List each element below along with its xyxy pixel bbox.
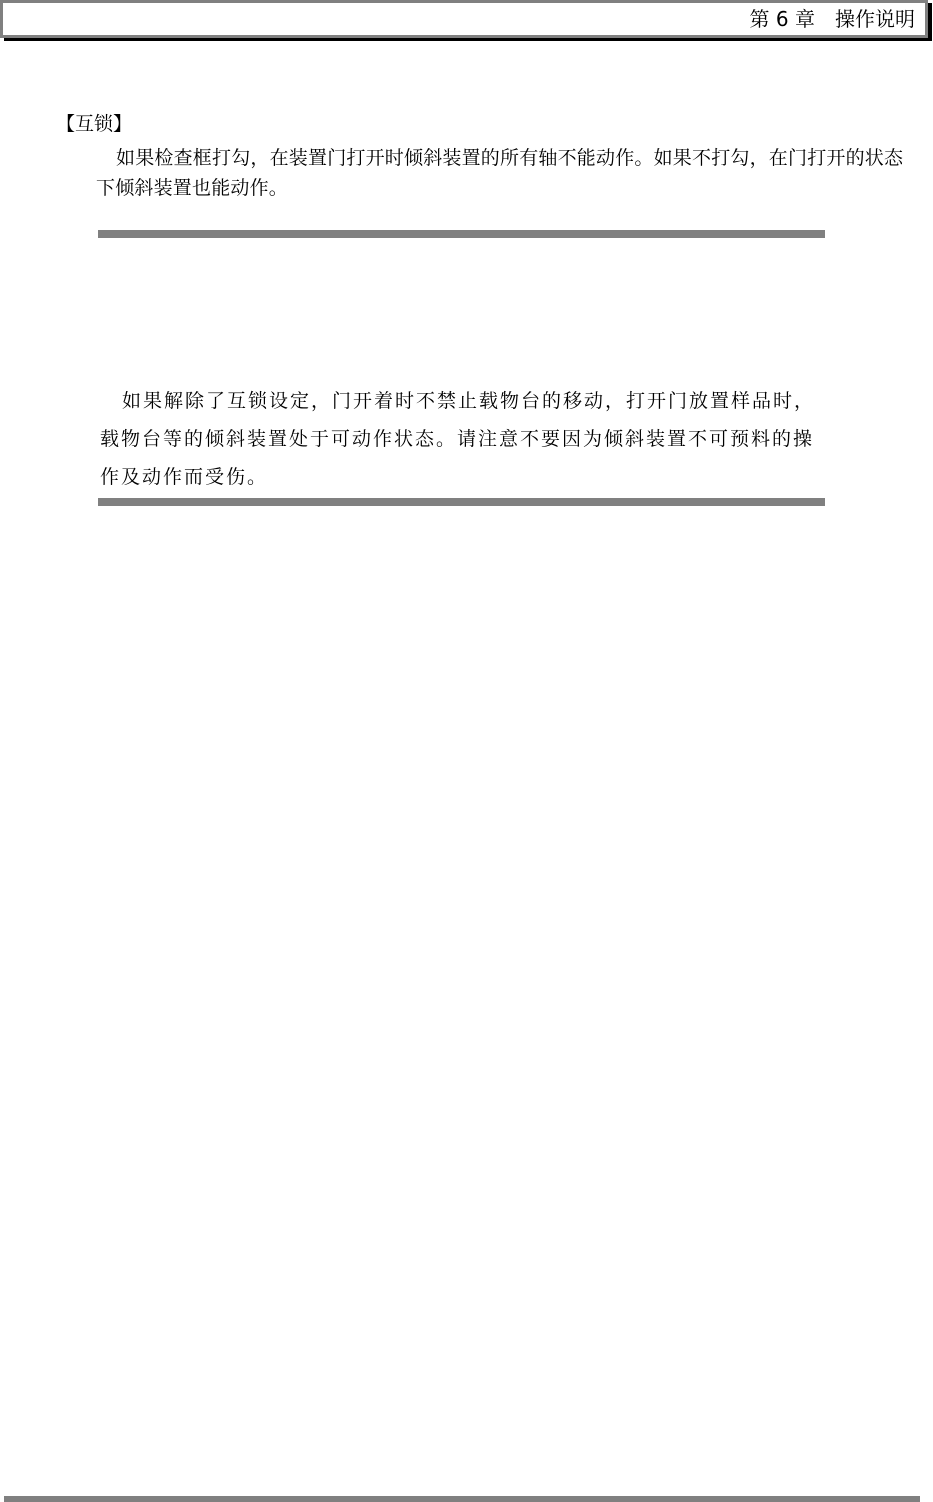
chapter-header: 第 6 章 操作说明 [0, 0, 928, 38]
warning-figure-area [98, 246, 825, 376]
interlock-description: 如果检查框打勾，在装置门打开时倾斜装置的所有轴不能动作。如果不打勾，在门打开的状… [96, 143, 918, 203]
section-heading-interlock: 【互锁】 [56, 112, 132, 136]
chapter-title: 第 6 章 操作说明 [750, 7, 915, 31]
footer-rule [4, 1496, 920, 1502]
warning-text: 如果解除了互锁设定，门开着时不禁止载物台的移动，打开门放置样品时，载物台等的倾斜… [100, 382, 830, 496]
warning-top-rule [98, 230, 825, 238]
warning-bottom-rule [98, 498, 825, 506]
